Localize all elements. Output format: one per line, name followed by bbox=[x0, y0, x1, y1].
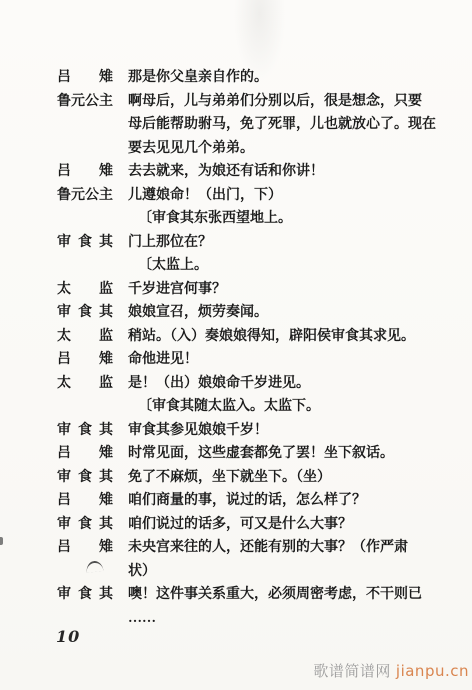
dialogue-line: 是！（出）娘娘命千岁进见。 bbox=[128, 372, 310, 396]
speaker-name-char: 其 bbox=[99, 466, 113, 490]
speaker-name: 鲁元公主 bbox=[57, 184, 113, 208]
page-number: 10 bbox=[56, 627, 80, 646]
speaker-name-char: 食 bbox=[78, 231, 92, 255]
dialogue-line: 儿遵娘命！（出门，下） bbox=[128, 184, 282, 208]
dialogue-line: 要去见见几个弟弟。 bbox=[128, 137, 254, 161]
speaker-name: 审食其 bbox=[57, 466, 113, 490]
speaker-name-char: 审 bbox=[57, 513, 71, 537]
speaker-name-char: 其 bbox=[99, 419, 113, 443]
dialogue-line: 命他进见！ bbox=[128, 348, 198, 372]
speaker-name-char: 太 bbox=[57, 372, 71, 396]
dialogue-row: 吕雉未央宫来往的人，还能有别的大事？（作严肃 bbox=[57, 536, 436, 560]
dialogue-row: 审食其娘娘宣召，烦劳奏闻。 bbox=[57, 301, 436, 325]
dialogue-line: 噢！这件事关系重大，必须周密考虑，不干则已 bbox=[128, 583, 422, 607]
speaker-name-char: 其 bbox=[99, 301, 113, 325]
dialogue-row: 吕雉时常见面，这些虚套都免了罢！坐下叙话。 bbox=[57, 442, 436, 466]
dialogue-line: 母后能帮助驸马，免了死罪，儿也就放心了。现在 bbox=[128, 113, 436, 137]
scanned-page: 吕雉那是你父皇亲自作的。鲁元公主啊母后，儿与弟弟们分别以后，很是想念，只要母后能… bbox=[0, 0, 472, 690]
dialogue-row: 审食其咱们说过的话多，可又是什么大事？ bbox=[57, 513, 436, 537]
dialogue-line: 审食其参见娘娘千岁！ bbox=[128, 419, 268, 443]
speaker-name-char: 审 bbox=[57, 419, 71, 443]
speaker-name: 太监 bbox=[57, 372, 113, 396]
dialogue-line: 娘娘宣召，烦劳奏闻。 bbox=[128, 301, 268, 325]
dialogue-continuation: 要去见见几个弟弟。 bbox=[57, 137, 436, 161]
speaker-name-char: 其 bbox=[99, 231, 113, 255]
speaker-name-char: 审 bbox=[57, 466, 71, 490]
speaker-name-char: 其 bbox=[99, 583, 113, 607]
speaker-name-char: 主 bbox=[99, 90, 113, 114]
watermark-site-url: jianpu.cn bbox=[396, 662, 469, 680]
stage-direction-text: 〔审食其随太监入。太监下。 bbox=[138, 395, 320, 419]
speaker-name-char: 食 bbox=[78, 513, 92, 537]
speaker-name-char: 吕 bbox=[57, 160, 71, 184]
speaker-name-char: 其 bbox=[99, 513, 113, 537]
speaker-name: 太监 bbox=[57, 278, 113, 302]
speaker-name-char: 吕 bbox=[57, 536, 71, 560]
speaker-name: 吕雉 bbox=[57, 348, 113, 372]
dialogue-line: 那是你父皇亲自作的。 bbox=[128, 66, 268, 90]
dialogue-row: 审食其免了不麻烦，坐下就坐下。（坐） bbox=[57, 466, 436, 490]
speaker-name-char: 食 bbox=[78, 583, 92, 607]
speaker-name-char: 食 bbox=[78, 466, 92, 490]
speaker-name-char: 监 bbox=[99, 372, 113, 396]
speaker-name-char: 审 bbox=[57, 301, 71, 325]
watermark-site-name: 歌谱简谱网 bbox=[313, 662, 391, 680]
dialogue-line: 状） bbox=[128, 560, 156, 584]
dialogue-row: 审食其噢！这件事关系重大，必须周密考虑，不干则已 bbox=[57, 583, 436, 607]
dialogue-row: 吕雉命他进见！ bbox=[57, 348, 436, 372]
speaker-name-char: 监 bbox=[99, 278, 113, 302]
speaker-name-char: 鲁 bbox=[57, 184, 71, 208]
dialogue-line: 门上那位在？ bbox=[128, 231, 212, 255]
speaker-name-char: 监 bbox=[99, 325, 113, 349]
speaker-name-char: 吕 bbox=[57, 348, 71, 372]
dialogue-line: 免了不麻烦，坐下就坐下。（坐） bbox=[128, 466, 331, 490]
speaker-name: 吕雉 bbox=[57, 66, 113, 90]
dialogue-row: 鲁元公主啊母后，儿与弟弟们分别以后，很是想念，只要 bbox=[57, 90, 436, 114]
speaker-name-char: 雉 bbox=[99, 66, 113, 90]
dialogue-continuation: 状） bbox=[57, 560, 436, 584]
ink-speck bbox=[0, 537, 3, 545]
dialogue-row: 鲁元公主儿遵娘命！（出门，下） bbox=[57, 184, 436, 208]
stage-direction: 〔审食其随太监入。太监下。 bbox=[57, 395, 436, 419]
stage-direction: 〔太监上。 bbox=[57, 254, 436, 278]
speaker-name: 鲁元公主 bbox=[57, 90, 113, 114]
dialogue-row: 吕雉去去就来，为娘还有话和你讲！ bbox=[57, 160, 436, 184]
dialogue-line: 千岁进宫何事？ bbox=[128, 278, 226, 302]
stage-direction-text: 〔审食其东张西望地上。 bbox=[138, 207, 292, 231]
dialogue-line: 去去就来，为娘还有话和你讲！ bbox=[128, 160, 324, 184]
stage-direction-text: 〔太监上。 bbox=[138, 254, 208, 278]
speaker-name: 吕雉 bbox=[57, 489, 113, 513]
dialogue-row: 太监千岁进宫何事？ bbox=[57, 278, 436, 302]
speaker-name-char: 吕 bbox=[57, 442, 71, 466]
speaker-name-char: 太 bbox=[57, 325, 71, 349]
speaker-name-char: 元 bbox=[71, 90, 85, 114]
speaker-name-char: 雉 bbox=[99, 160, 113, 184]
dialogue-line: 咱们商量的事，说过的话，怎么样了？ bbox=[128, 489, 366, 513]
speaker-name-char: 雉 bbox=[99, 536, 113, 560]
speaker-name-char: 鲁 bbox=[57, 90, 71, 114]
speaker-name: 吕雉 bbox=[57, 160, 113, 184]
dialogue-continuation: 母后能帮助驸马，免了死罪，儿也就放心了。现在 bbox=[57, 113, 436, 137]
speaker-name: 审食其 bbox=[57, 419, 113, 443]
dialogue-row: 吕雉咱们商量的事，说过的话，怎么样了？ bbox=[57, 489, 436, 513]
dialogue-continuation: …… bbox=[57, 607, 436, 631]
speaker-name-char: 雉 bbox=[99, 442, 113, 466]
speaker-name-char: 雉 bbox=[99, 489, 113, 513]
speaker-name-char: 公 bbox=[85, 90, 99, 114]
speaker-name: 审食其 bbox=[57, 301, 113, 325]
speaker-name-char: 食 bbox=[78, 301, 92, 325]
stage-direction: 〔审食其东张西望地上。 bbox=[57, 207, 436, 231]
speaker-name-char: 公 bbox=[85, 184, 99, 208]
speaker-name-char: 元 bbox=[71, 184, 85, 208]
dialogue-line: …… bbox=[128, 607, 156, 631]
dialogue-row: 太监是！（出）娘娘命千岁进见。 bbox=[57, 372, 436, 396]
speaker-name: 审食其 bbox=[57, 231, 113, 255]
speaker-name: 吕雉 bbox=[57, 442, 113, 466]
watermark: 歌谱简谱网jianpu.cn bbox=[313, 660, 469, 681]
dialogue-line: 咱们说过的话多，可又是什么大事？ bbox=[128, 513, 352, 537]
speaker-name: 吕雉 bbox=[57, 536, 113, 560]
speaker-name-char: 吕 bbox=[57, 66, 71, 90]
dialogue-line: 稍站。（入）奏娘娘得知，辟阳侯审食其求见。 bbox=[128, 325, 415, 349]
speaker-name-char: 食 bbox=[78, 419, 92, 443]
speaker-name-char: 太 bbox=[57, 278, 71, 302]
dialogue-row: 吕雉那是你父皇亲自作的。 bbox=[57, 66, 436, 90]
speaker-name-char: 主 bbox=[99, 184, 113, 208]
speaker-name: 审食其 bbox=[57, 583, 113, 607]
dialogue-row: 审食其审食其参见娘娘千岁！ bbox=[57, 419, 436, 443]
dialogue-area: 吕雉那是你父皇亲自作的。鲁元公主啊母后，儿与弟弟们分别以后，很是想念，只要母后能… bbox=[57, 66, 436, 630]
speaker-name-char: 吕 bbox=[57, 489, 71, 513]
dialogue-line: 时常见面，这些虚套都免了罢！坐下叙话。 bbox=[128, 442, 394, 466]
speaker-name-char: 雉 bbox=[99, 348, 113, 372]
speaker-name: 审食其 bbox=[57, 513, 113, 537]
dialogue-line: 啊母后，儿与弟弟们分别以后，很是想念，只要 bbox=[128, 90, 422, 114]
dialogue-line: 未央宫来往的人，还能有别的大事？（作严肃 bbox=[128, 536, 408, 560]
speaker-name-char: 审 bbox=[57, 231, 71, 255]
speaker-name-char: 审 bbox=[57, 583, 71, 607]
speaker-name: 太监 bbox=[57, 325, 113, 349]
dialogue-row: 审食其门上那位在？ bbox=[57, 231, 436, 255]
dialogue-row: 太监稍站。（入）奏娘娘得知，辟阳侯审食其求见。 bbox=[57, 325, 436, 349]
